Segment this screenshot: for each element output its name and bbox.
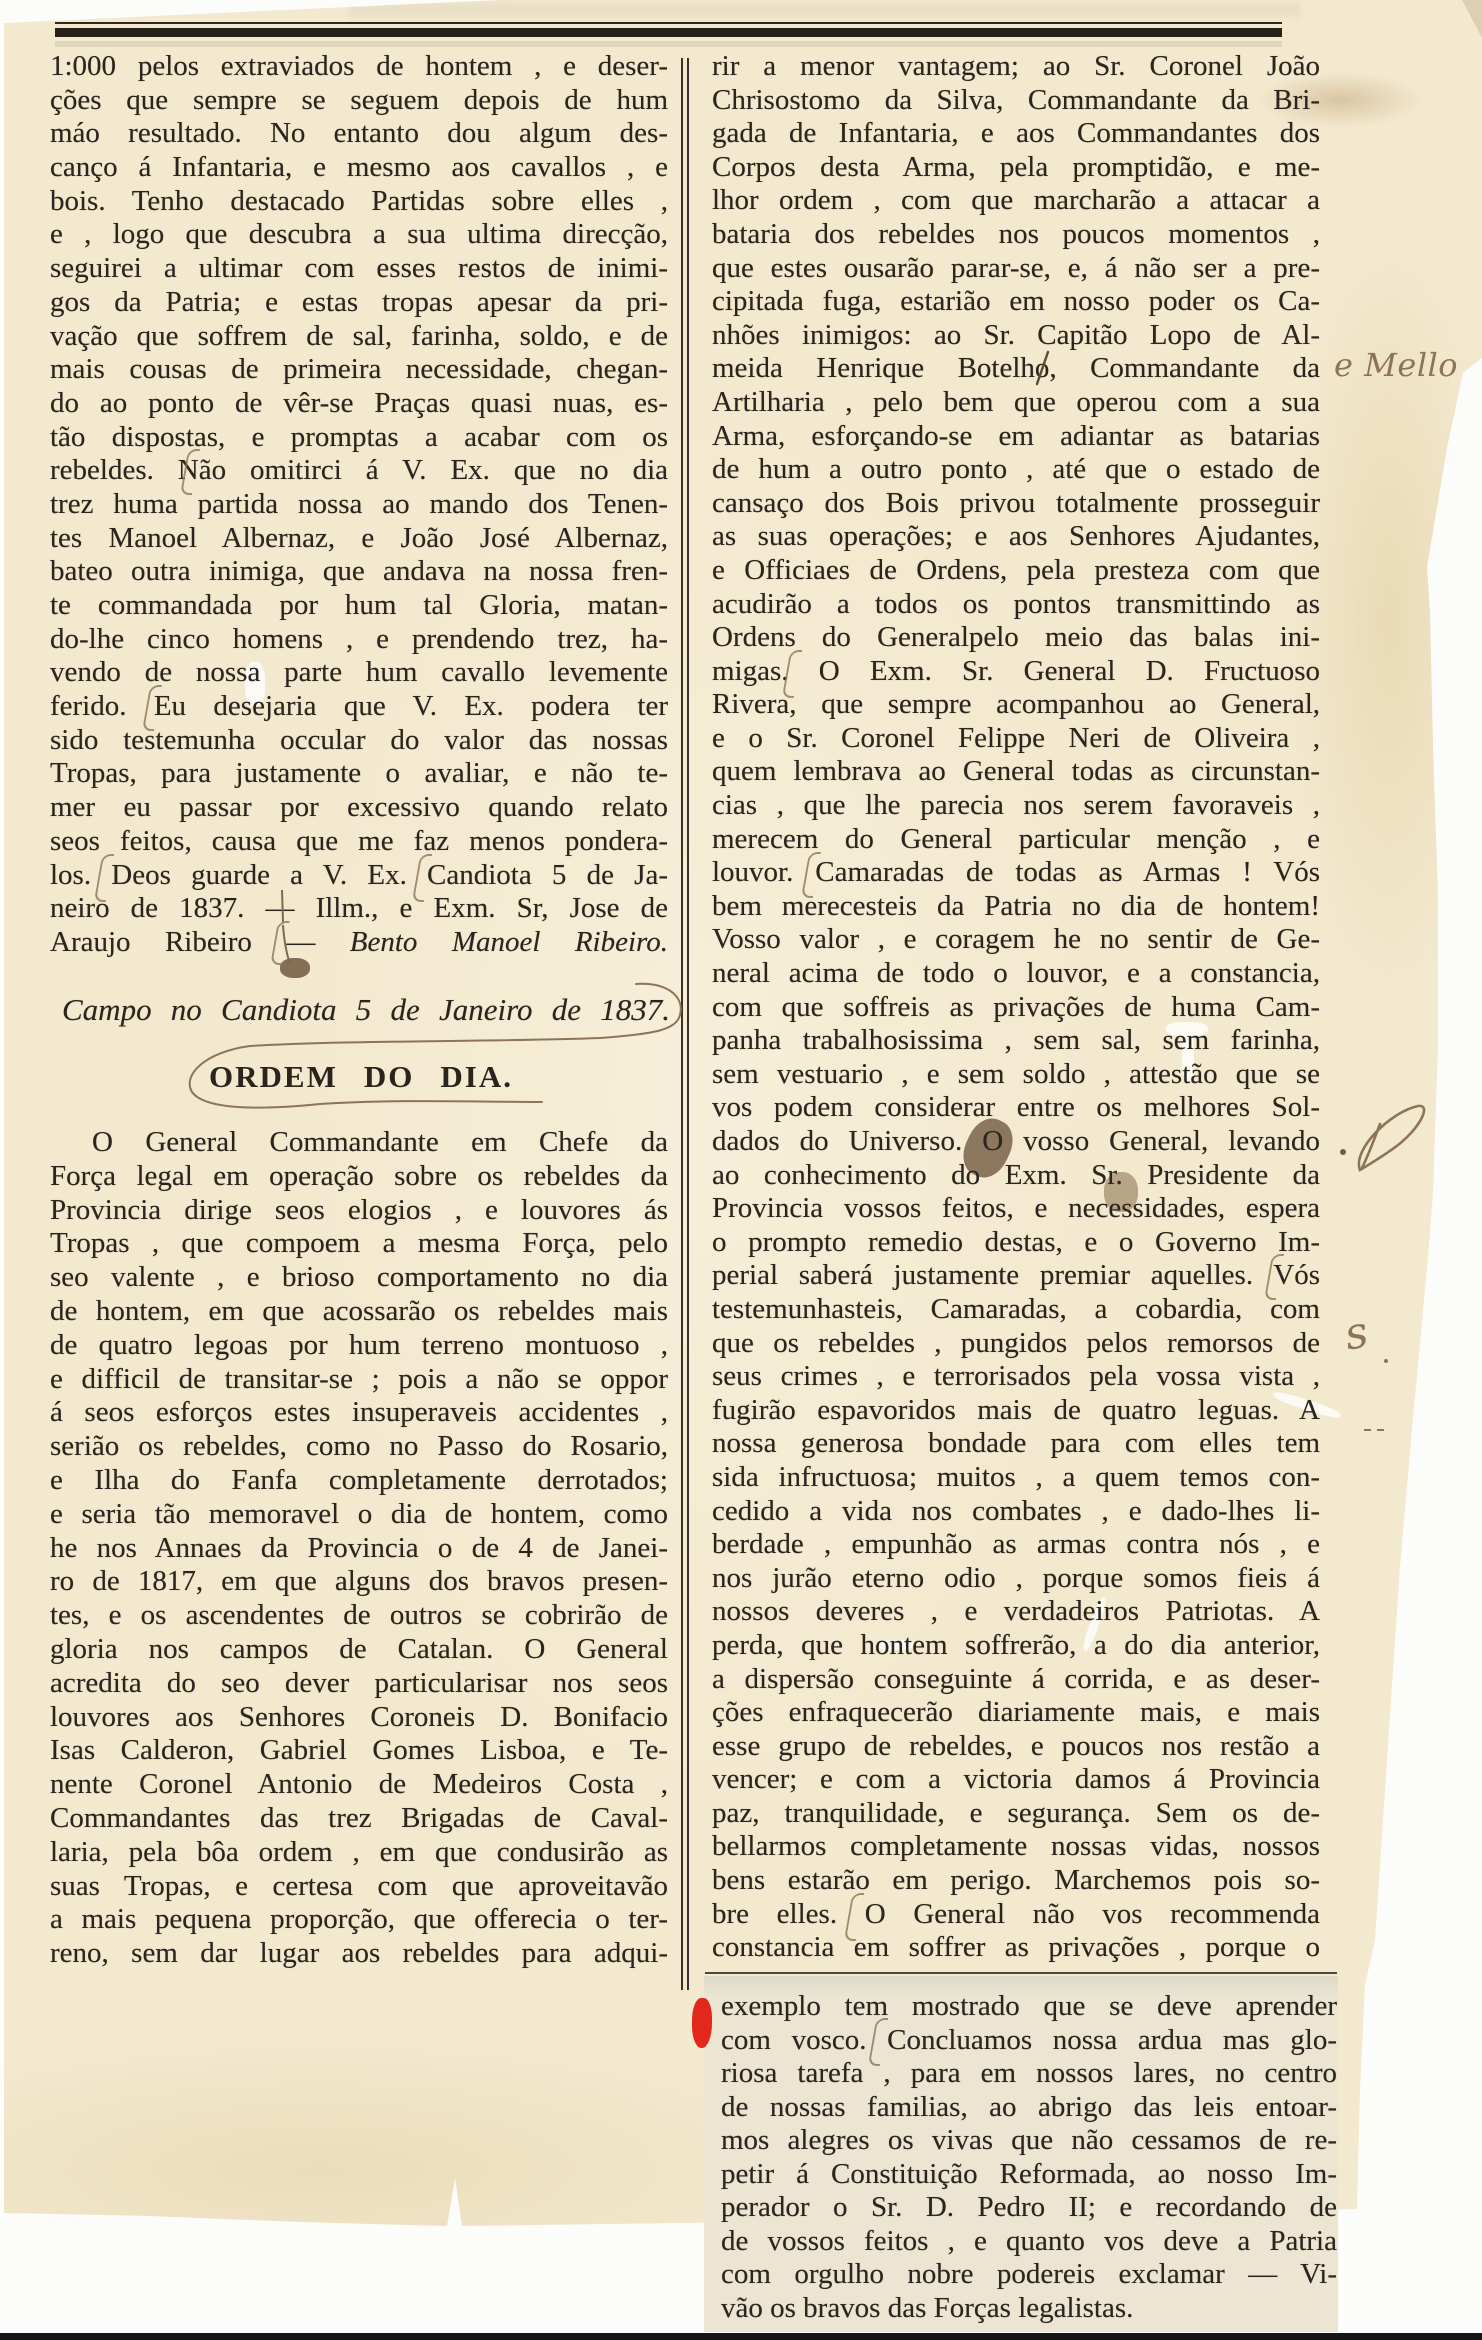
text-line: esse grupo de rebeldes, e poucos nos res… bbox=[712, 1730, 1320, 1764]
text-line: acredita do seo dever particularisar nos… bbox=[50, 1667, 668, 1701]
text-line: Rivera, que sempre acompanhou ao General… bbox=[712, 688, 1320, 722]
text-line: e Ilha do Fanfa completamente derrotados… bbox=[50, 1464, 668, 1498]
text-line: mais cousas de primeira necessidade, che… bbox=[50, 353, 668, 387]
text-line: cansaço dos Bois privou totalmente pross… bbox=[712, 487, 1320, 521]
text-line: O General Commandante em Chefe da bbox=[50, 1126, 668, 1160]
red-wax-mark bbox=[692, 1998, 712, 2048]
text-line: ro de 1817, em que alguns dos bravos pre… bbox=[50, 1565, 668, 1599]
text-line: do ao ponto de vêr-se Praças quasi nuas,… bbox=[50, 387, 668, 421]
text-line: cedido a vida nos combates , e dado-lhes… bbox=[712, 1495, 1320, 1529]
text-line: Tropas , que compoem a mesma Força, pelo bbox=[50, 1227, 668, 1261]
text-line: 1:000 pelos extraviados de hontem , e de… bbox=[50, 50, 668, 84]
text-line: riosa tarefa , para em nossos lares, no … bbox=[721, 2057, 1337, 2091]
text-line: te commandada por hum tal Gloria, matan- bbox=[50, 589, 668, 623]
text-line: tes Manoel Albernaz, e João José Alberna… bbox=[50, 522, 668, 556]
text-line: á seos esforços estes insuperaveis accid… bbox=[50, 1396, 668, 1430]
text-line: mer eu passar por excessivo quando relat… bbox=[50, 791, 668, 825]
right-column: rir a menor vantagem; ao Sr. Coronel Joã… bbox=[712, 50, 1320, 1965]
text-line: migas. O Exm. Sr. General D. Fructuoso bbox=[712, 655, 1320, 689]
text-line: nente Coronel Antonio de Medeiros Costa … bbox=[50, 1768, 668, 1802]
text-line: bellarmos completamente nossas vidas, no… bbox=[712, 1830, 1320, 1864]
scan-bottom-edge bbox=[0, 2333, 1482, 2340]
text-line: berdade , empunhão as armas contra nós ,… bbox=[712, 1528, 1320, 1562]
text-line: e Officiaes de Ordens, pela presteza com… bbox=[712, 554, 1320, 588]
text-line: que estes ousarão parar-se, e, á não ser… bbox=[712, 252, 1320, 286]
text-line: seus crimes , e terrorisados pela vossa … bbox=[712, 1360, 1320, 1394]
text-line: los. Deos guarde a V. Ex. Candiota 5 de … bbox=[50, 859, 668, 893]
text-line: acudirão a todos os pontos transmittindo… bbox=[712, 588, 1320, 622]
text-line: seguirei a ultimar com esses restos de i… bbox=[50, 252, 668, 286]
text-line: ferido. Eu desejaria que V. Ex. podera t… bbox=[50, 690, 668, 724]
text-line: de hontem, em que acossarão os rebeldes … bbox=[50, 1295, 668, 1329]
text-line: vão os bravos das Forças legalistas. bbox=[721, 2292, 1337, 2326]
text-line: que os rebeldes , pungidos pelos remorso… bbox=[712, 1327, 1320, 1361]
text-line: a mais pequena proporção, que offerecia … bbox=[50, 1903, 668, 1937]
text-line: suas Tropas, e certesa com que aproveita… bbox=[50, 1870, 668, 1904]
margin-note-correction: s bbox=[1341, 1306, 1372, 1360]
text-line: neiro de 1837. — Illm., e Exm. Sr, Jose … bbox=[50, 892, 668, 926]
text-line: bois. Tenho destacado Partidas sobre ell… bbox=[50, 185, 668, 219]
text-line: ao conhecimento do Exm. Sr. Presidente d… bbox=[712, 1159, 1320, 1193]
text-line: sida infructuosa; muitos , a quem temos … bbox=[712, 1461, 1320, 1495]
text-line: a dispersão conseguinte á corrida, e as … bbox=[712, 1663, 1320, 1697]
text-line: perial saberá justamente premiar aquelle… bbox=[712, 1259, 1320, 1293]
header-rule-thin bbox=[55, 22, 1282, 24]
text-line: seos feitos, causa que me faz menos pond… bbox=[50, 825, 668, 859]
text-line: com vosco. Concluamos nossa ardua mas gl… bbox=[721, 2024, 1337, 2058]
text-line: máo resultado. No entanto dou algum des- bbox=[50, 117, 668, 151]
section-title: ORDEM DO DIA. bbox=[209, 1058, 513, 1096]
text-line: quem lembrava ao General todas as circun… bbox=[712, 755, 1320, 789]
text-line: seo valente , e brioso comportamento no … bbox=[50, 1261, 668, 1295]
text-line: panha trabalhosissima , sem sal, sem far… bbox=[712, 1024, 1320, 1058]
scanned-page: 1:000 pelos extraviados de hontem , e de… bbox=[0, 0, 1482, 2340]
text-line: nossa generosa bondade para com elles te… bbox=[712, 1427, 1320, 1461]
text-line: sem vestuario , e sem soldo , attestão q… bbox=[712, 1058, 1320, 1092]
text-line: Vosso valor , e coragem he no sentir de … bbox=[712, 923, 1320, 957]
letter-closing-line: Araujo Ribeiro — Bento Manoel Ribeiro. bbox=[50, 926, 668, 960]
text-line: bens estarão em perigo. Marchemos pois s… bbox=[712, 1864, 1320, 1898]
text-line: Corpos desta Arma, pela promptidão, e me… bbox=[712, 151, 1320, 185]
text-line: Provincia vossos feitos, e necessidades,… bbox=[712, 1192, 1320, 1226]
text-line: dados do Universo. O vosso General, leva… bbox=[712, 1125, 1320, 1159]
text-line: meida Henrique Botelho, Commandante da bbox=[712, 352, 1320, 386]
text-line: vos podem considerar entre os melhores S… bbox=[712, 1091, 1320, 1125]
text-line: vação que soffrem de sal, farinha, soldo… bbox=[50, 320, 668, 354]
text-line: bre elles. O General não vos recommenda bbox=[712, 1898, 1320, 1932]
show-through-header bbox=[350, 3, 1300, 17]
text-line: cias , que lhe parecia nos serem favorav… bbox=[712, 789, 1320, 823]
text-line: serião os rebeldes, como no Passo do Ros… bbox=[50, 1430, 668, 1464]
text-line: Commandantes das trez Brigadas de Caval- bbox=[50, 1802, 668, 1836]
column-divider-left-line bbox=[681, 58, 683, 1990]
text-line: neral acima de todo o louvor, e a consta… bbox=[712, 957, 1320, 991]
text-line: Tropas, para justamente o avaliar, e não… bbox=[50, 757, 668, 791]
text-line: tes, e os ascendentes de outros se cobri… bbox=[50, 1599, 668, 1633]
column-divider-right-line bbox=[687, 58, 689, 1990]
text-line: vencer; e com a victoria damos á Provinc… bbox=[712, 1763, 1320, 1797]
margin-note-insertion: e Mello bbox=[1334, 346, 1458, 384]
text-line: do-lhe cinco homens , e prendendo trez, … bbox=[50, 623, 668, 657]
text-line: e seria tão memoravel o dia de hontem, c… bbox=[50, 1498, 668, 1532]
text-line: cipitada fuga, estarião em nosso poder o… bbox=[712, 285, 1320, 319]
text-line: canço á Infantaria, e mesmo aos cavallos… bbox=[50, 151, 668, 185]
text-line: trez huma partida nossa ao mando dos Ten… bbox=[50, 488, 668, 522]
text-line: lhor ordem , com que marcharão a attacar… bbox=[712, 184, 1320, 218]
column-end-rule bbox=[705, 1972, 1337, 1974]
text-line: de vossos feitos , e quanto vos deve a P… bbox=[721, 2225, 1337, 2259]
left-column-letter: 1:000 pelos extraviados de hontem , e de… bbox=[50, 50, 668, 960]
text-line: petir á Constituição Reformada, ao nosso… bbox=[721, 2158, 1337, 2192]
text-line: Arma, esforçando-se em adiantar as batar… bbox=[712, 420, 1320, 454]
text-line: nhões inimigos: ao Sr. Capitão Lopo de A… bbox=[712, 319, 1320, 353]
text-line: Artilharia , pelo bem que operou com a s… bbox=[712, 386, 1320, 420]
text-line: e difficil de transitar-se ; pois a não … bbox=[50, 1363, 668, 1397]
text-line: perador o Sr. D. Pedro II; e recordando … bbox=[721, 2191, 1337, 2225]
text-line: constancia em soffrer as privações , por… bbox=[712, 1931, 1320, 1965]
text-line: Força legal em operação sobre os rebelde… bbox=[50, 1160, 668, 1194]
text-line: paz, tranquilidade, e segurança. Sem os … bbox=[712, 1797, 1320, 1831]
text-line: com orgulho nobre podereis exclamar — Vi… bbox=[721, 2258, 1337, 2292]
text-line: com que soffreis as privações de huma Ca… bbox=[712, 991, 1320, 1025]
text-line: vendo de nossa parte hum cavallo levemen… bbox=[50, 656, 668, 690]
folded-corner bbox=[1462, 0, 1482, 38]
text-line: reno, sem dar lugar aos rebeldes para ad… bbox=[50, 1937, 668, 1971]
text-line: louvores aos Senhores Coroneis D. Bonifa… bbox=[50, 1701, 668, 1735]
dateline: Campo no Candiota 5 de Janeiro de 1837. bbox=[62, 993, 670, 1027]
text-line: rebeldes. Não omitirci á V. Ex. que no d… bbox=[50, 454, 668, 488]
text-line: he nos Annaes da Provincia o de 4 de Jan… bbox=[50, 1532, 668, 1566]
text-line: Isas Calderon, Gabriel Gomes Lisboa, e T… bbox=[50, 1734, 668, 1768]
text-line: ções enfraquecerão diariamente mais, e m… bbox=[712, 1696, 1320, 1730]
text-line: exemplo tem mostrado que se deve aprende… bbox=[721, 1990, 1337, 2024]
text-line: de nossas familias, ao abrigo das leis e… bbox=[721, 2091, 1337, 2125]
signature: Bento Manoel Ribeiro. bbox=[350, 926, 668, 958]
text-line: nossos deveres , e verdadeiros Patriotas… bbox=[712, 1595, 1320, 1629]
text-line: rir a menor vantagem; ao Sr. Coronel Joã… bbox=[712, 50, 1320, 84]
text-line: Provincia dirige seos elogios , e louvor… bbox=[50, 1194, 668, 1228]
text-line: bateo outra inimiga, que andava na nossa… bbox=[50, 555, 668, 589]
text-line: ções que sempre se seguem depois de hum bbox=[50, 84, 668, 118]
text-line: e o Sr. Coronel Felippe Neri de Oliveira… bbox=[712, 722, 1320, 756]
text-line: Ordens do Generalpelo meio das balas ini… bbox=[712, 621, 1320, 655]
text-line: fugirão espavoridos mais de quatro legua… bbox=[712, 1394, 1320, 1428]
text-line: de quatro legoas por hum terreno montuos… bbox=[50, 1329, 668, 1363]
header-rule-thick bbox=[55, 28, 1282, 37]
text-line: e , logo que descubra a sua ultima direc… bbox=[50, 218, 668, 252]
text-line: sido testemunha occular do valor das nos… bbox=[50, 724, 668, 758]
header-rule-show-through bbox=[55, 41, 1282, 47]
text-line: gos da Patria; e estas tropas apesar da … bbox=[50, 286, 668, 320]
text-line: merecem do General particular menção , e bbox=[712, 823, 1320, 857]
text-line: as suas operações; e aos Senhores Ajudan… bbox=[712, 520, 1320, 554]
text-line: o prompto remedio destas, e o Governo Im… bbox=[712, 1226, 1320, 1260]
text-line: tão dispostas, e promptas a acabar com o… bbox=[50, 421, 668, 455]
text-line: gada de Infantaria, e aos Commandantes d… bbox=[712, 117, 1320, 151]
text-line: bataria dos rebeldes nos poucos momentos… bbox=[712, 218, 1320, 252]
ink-blot bbox=[280, 958, 310, 978]
left-column-order-of-the-day: O General Commandante em Chefe da Força … bbox=[50, 1126, 668, 1971]
pasted-slip-text: exemplo tem mostrado que se deve aprende… bbox=[721, 1990, 1337, 2325]
text-line: laria, pela bôa ordem , em que condusirã… bbox=[50, 1836, 668, 1870]
text-line: gloria nos campos de Catalan. O General bbox=[50, 1633, 668, 1667]
text-line: Chrisostomo da Silva, Commandante da Bri… bbox=[712, 84, 1320, 118]
text-line: perda, que hontem soffrerão, a do dia an… bbox=[712, 1629, 1320, 1663]
text-line: de hum a outro ponto , até que o estado … bbox=[712, 453, 1320, 487]
text-line: testemunhasteis, Camaradas, a cobardia, … bbox=[712, 1293, 1320, 1327]
text-line: nos jurão eterno odio , porque somos fie… bbox=[712, 1562, 1320, 1596]
text-line: mos alegres os vivas que não cessamos de… bbox=[721, 2124, 1337, 2158]
